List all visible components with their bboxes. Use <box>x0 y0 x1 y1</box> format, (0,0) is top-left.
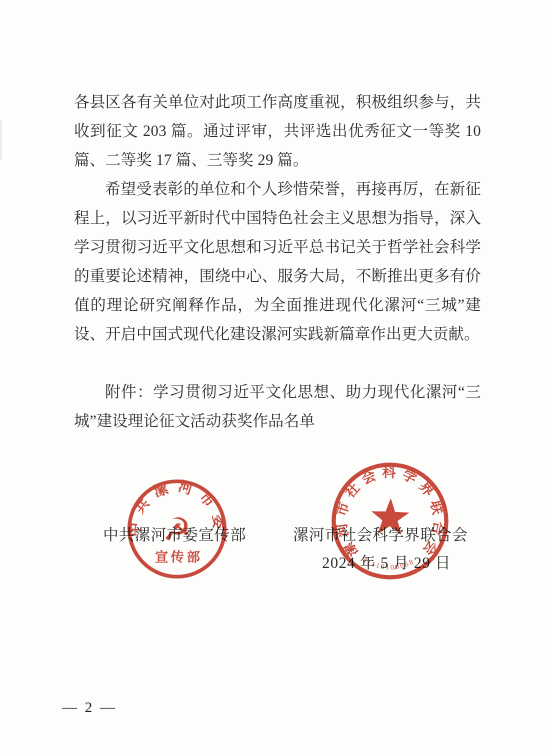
hammer-sickle-icon: ☭ <box>163 511 192 548</box>
party-committee-seal: 中共漯河市委 ☭ 宣传部 <box>124 476 230 582</box>
document-page: 各县区各有关单位对此项工作高度重视，积极组织参与，共收到征文 203 篇。通过评… <box>0 0 550 753</box>
paragraph-results: 各县区各有关单位对此项工作高度重视，积极组织参与，共收到征文 203 篇。通过评… <box>74 88 481 175</box>
seal-bottom-text: 宣传部 <box>155 549 203 565</box>
star-icon <box>370 497 409 535</box>
document-body: 各县区各有关单位对此项工作高度重视，积极组织参与，共收到征文 203 篇。通过评… <box>74 88 481 436</box>
page-number: — 2 — <box>62 700 117 717</box>
paragraph-hope: 希望受表彰的单位和个人珍惜荣誉，再接再厉，在新征程上，以习近平新时代中国特色社会… <box>74 175 481 349</box>
federation-seal: 漯河市社会科学界联合会 41110100068 <box>326 457 454 585</box>
attachment-note: 附件：学习贯彻习近平文化思想、助力现代化漯河“三城”建设理论征文活动获奖作品名单 <box>74 378 481 436</box>
seal-code: 41110100068 <box>361 556 416 573</box>
